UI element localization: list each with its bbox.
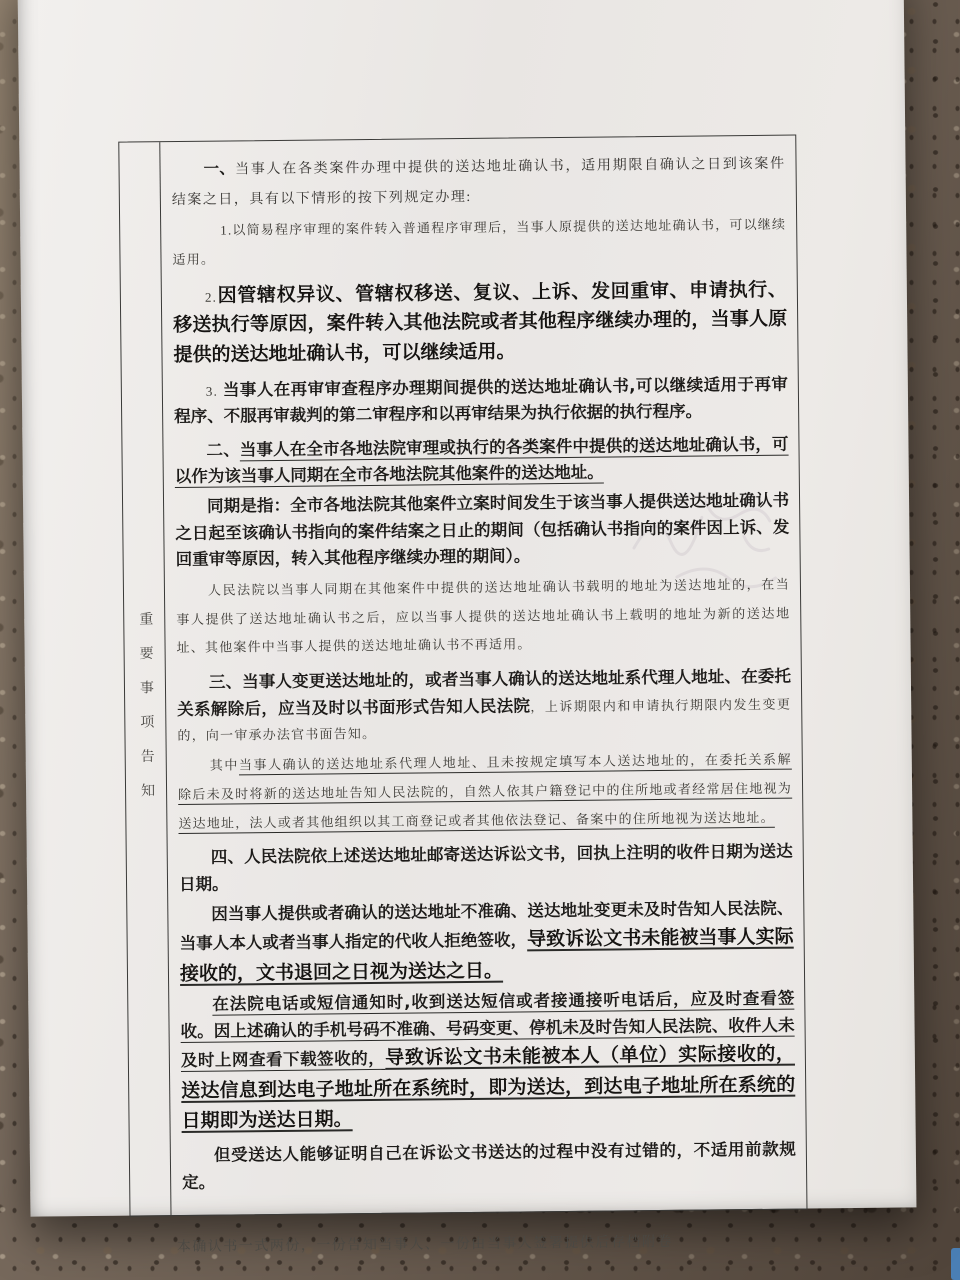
text-run: 当事人确认的送达地址系代理人地址、且未按规定填写本人送达地址的，在委托关系解除后… (178, 752, 792, 831)
notice-content: 一、当事人在各类案件办理中提供的送达地址确认书，适用期限自确认之日到该案件结案之… (160, 136, 806, 1216)
sidebar-vertical-label: 重要事项告知 (134, 611, 156, 817)
paragraph-s2-note: 人民法院以当事人同期在其他案件中提供的送达地址确认书载明的地址为送达地址的，在当… (176, 570, 791, 663)
paragraph-s2-tongqi: 同期是指：全市各地法院其他案件立案时间发生于该当事人提供送达地址确认书之日起至该… (175, 488, 790, 574)
text-run: 四、人民法院依上述送达地址邮寄送达诉讼文书，回执上注明的收件日期为送达日期。 (179, 842, 793, 894)
paragraph-s2-heading: 二、当事人在全市各地法院审理或执行的各类案件中提供的送达地址确认书，可以作为该当… (174, 431, 789, 491)
notice-table: 重要事项告知 一、当事人在各类案件办理中提供的送达地址确认书，适用期限自确认之日… (118, 135, 807, 1218)
paragraph-s1-item3: 3. 当事人在再审审查程序办理期间提供的送达地址确认书,可以继续适用于再审程序、… (174, 371, 789, 431)
paragraph-s3-note: 其中当事人确认的送达地址系代理人地址、且未按规定填写本人送达地址的，在委托关系解… (178, 746, 793, 839)
paragraph-s1-intro: 一、当事人在各类案件办理中提供的送达地址确认书，适用期限自确认之日到该案件结案之… (171, 149, 786, 215)
paragraph-s4-para2: 在法院电话或短信通知时,收到送达短信或者接通接听电话后，应及时查看签收。因上述确… (180, 986, 795, 1137)
text-run: 当事人在各类案件办理中提供的送达地址确认书，适用期限自确认之日到该案件结案之日，… (172, 157, 786, 208)
paragraph-s4-para1: 因当事人提供或者确认的送达地址不准确、送达地址变更未及时告知人民法院、当事人本人… (179, 895, 794, 989)
text-run: 3. (206, 383, 223, 398)
text-run: 一、 (203, 159, 235, 177)
paragraph-s3-heading: 三、当事人变更送达地址的，或者当事人确认的送达地址系代理人地址、在委托关系解除后… (177, 664, 792, 749)
text-run: 当事人在再审审查程序办理期间提供的送达地址确认书,可以继续适用于再审程序、不服再… (174, 374, 788, 426)
text-run: 当事人在全市各地法院审理或执行的各类案件中提供的送达地址确认书，可以作为该当事人… (175, 434, 789, 486)
footer-note: 本确认书一式两份，一份告知当事人、一份由当事人签署提供后存档附卷 (177, 1229, 917, 1257)
text-run: 2. (205, 289, 217, 304)
text-run: 1.以简易程序审理的案件转入普通程序审理后，当事人原提供的送达地址确认书，可以继… (172, 217, 786, 267)
text-run: 同期是指：全市各地法院其他案件立案时间发生于该当事人提供送达地址确认书之日起至该… (175, 491, 789, 570)
text-run: 其中 (210, 757, 239, 772)
text-run: 二、 (206, 440, 239, 459)
paragraph-s4-para3: 但受送达人能够证明自己在诉讼文书送达的过程中没有过错的，不适用前款规定。 (182, 1137, 797, 1197)
paragraph-s1-item2: 2.因管辖权异议、管辖权移送、复议、上诉、发回重审、申请执行、移送执行等原因，案… (173, 275, 788, 370)
text-run: 因管辖权异议、管辖权移送、复议、上诉、发回重审、申请执行、移送执行等原因，案件转… (173, 278, 787, 366)
document-page: 重要事项告知 一、当事人在各类案件办理中提供的送达地址确认书，适用期限自确认之日… (18, 0, 917, 1217)
text-run: 但受送达人能够证明自己在诉讼文书送达的过程中没有过错的，不适用前款规定。 (182, 1140, 796, 1192)
paragraph-s4-heading: 四、人民法院依上述送达地址邮寄送达诉讼文书，回执上注明的收件日期为送达日期。 (179, 839, 794, 899)
blue-object-edge (951, 1248, 960, 1280)
paragraph-s1-item1: 1.以简易程序审理的案件转入普通程序审理后，当事人原提供的送达地址确认书，可以继… (172, 211, 787, 275)
text-run: 人民法院以当事人同期在其他案件中提供的送达地址确认书载明的地址为送达地址的，在当… (176, 576, 790, 655)
